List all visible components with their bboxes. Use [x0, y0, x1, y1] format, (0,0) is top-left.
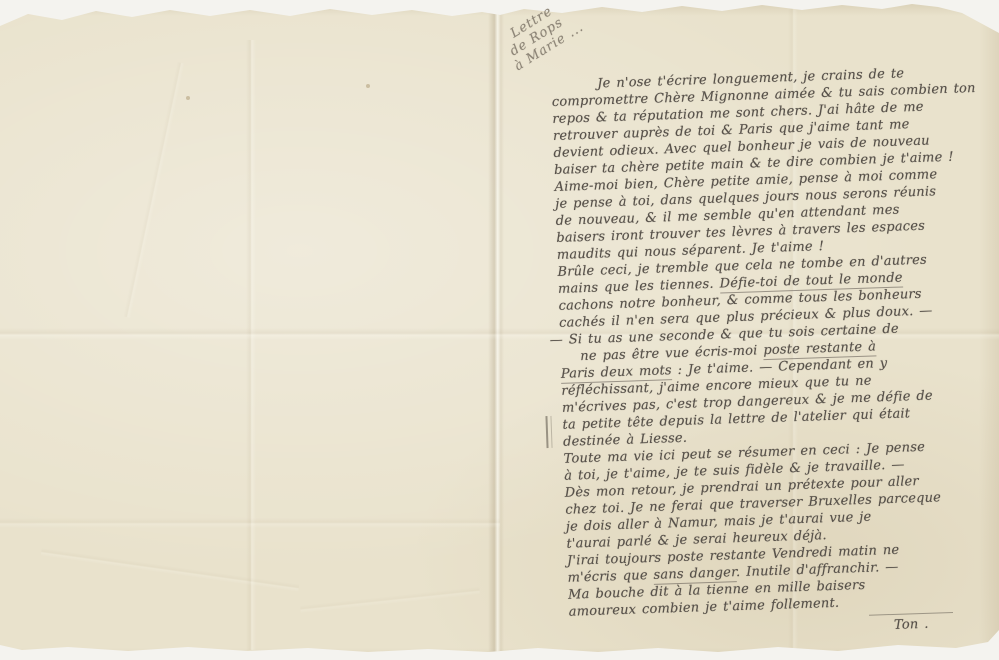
age-spot [186, 96, 190, 100]
crease [246, 40, 256, 650]
center-fold-line [488, 0, 504, 660]
letter-lines: Je n'ose t'écrire longuement, je crains … [551, 62, 999, 621]
margin-emphasis-mark [545, 416, 552, 448]
crease [0, 518, 500, 528]
signature-text: Ton . [894, 617, 929, 633]
age-spot [366, 84, 370, 88]
signature: Ton . [865, 612, 958, 635]
crease [41, 548, 300, 592]
letter-text: m'écris que [567, 568, 653, 586]
letter-body: Je n'ose t'écrire longuement, je crains … [551, 62, 999, 645]
crease [123, 62, 185, 318]
crease [300, 587, 480, 614]
